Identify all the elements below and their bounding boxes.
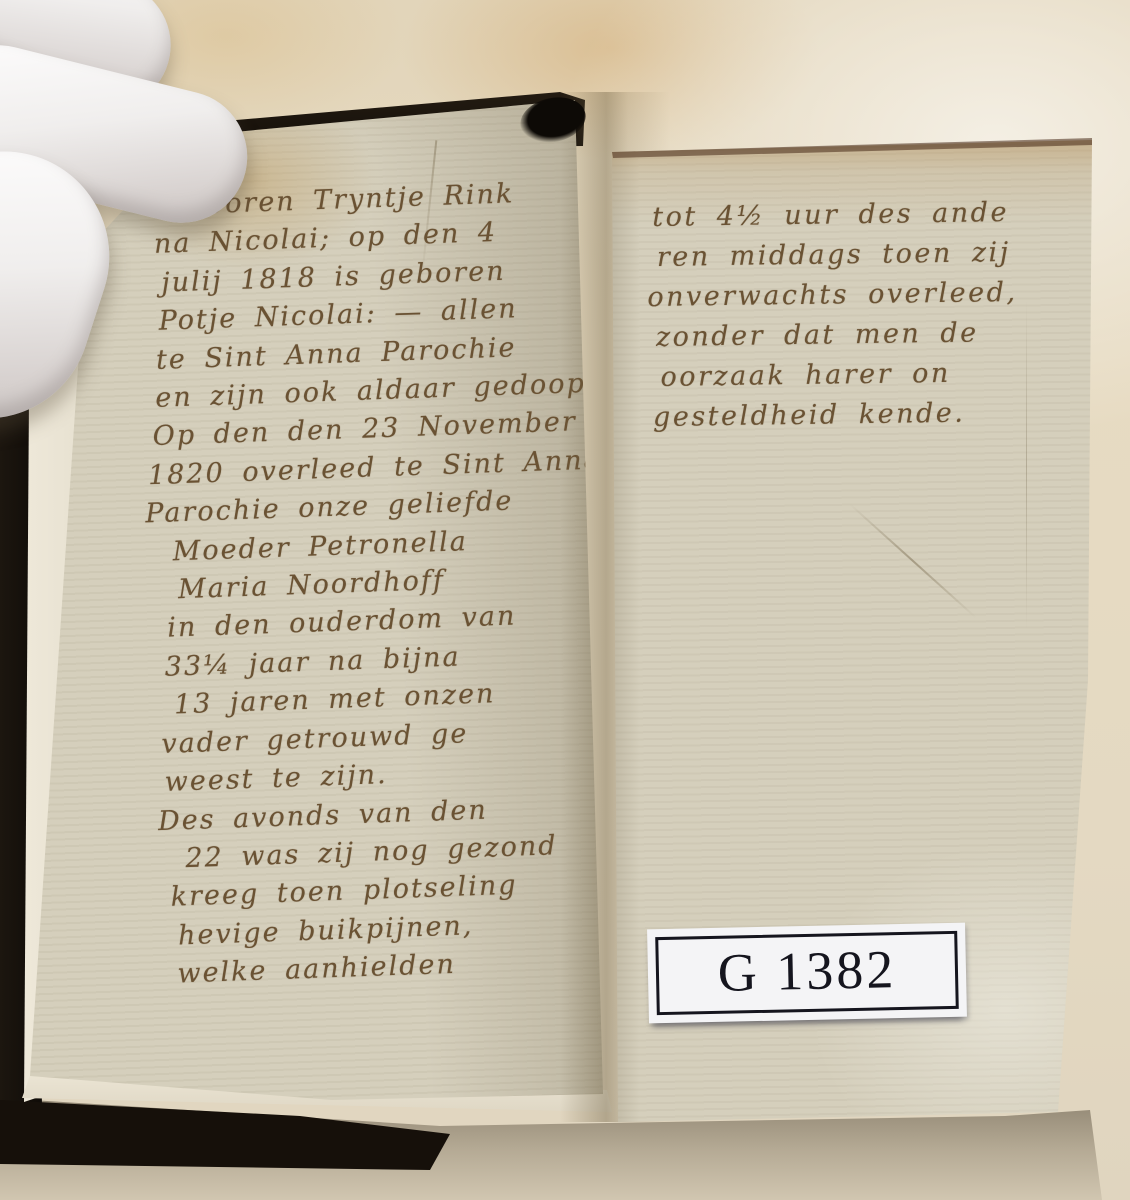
manuscript-line: zonder dat men de xyxy=(656,312,1105,358)
paper-crease xyxy=(849,503,977,618)
manuscript-line: ren middags toen zij xyxy=(657,232,1104,278)
archive-label: G 1382 xyxy=(647,923,967,1024)
archive-label-text: G 1382 xyxy=(717,938,897,1004)
manuscript-line: onverwachts overleed, xyxy=(647,272,1104,318)
manuscript-line: gesteldheid kende. xyxy=(653,392,1106,438)
manuscript-line: oorzaak harer on xyxy=(660,352,1105,398)
paper-chain-line xyxy=(1026,300,1027,630)
manuscript-line: tot 4½ uur des ande xyxy=(652,192,1103,238)
photo-scene: geboren Tryntje Rink na Nicolai; op den … xyxy=(0,0,1130,1200)
archive-label-border: G 1382 xyxy=(655,931,959,1015)
right-page-text: tot 4½ uur des ande ren middags toen zij… xyxy=(652,192,1105,438)
